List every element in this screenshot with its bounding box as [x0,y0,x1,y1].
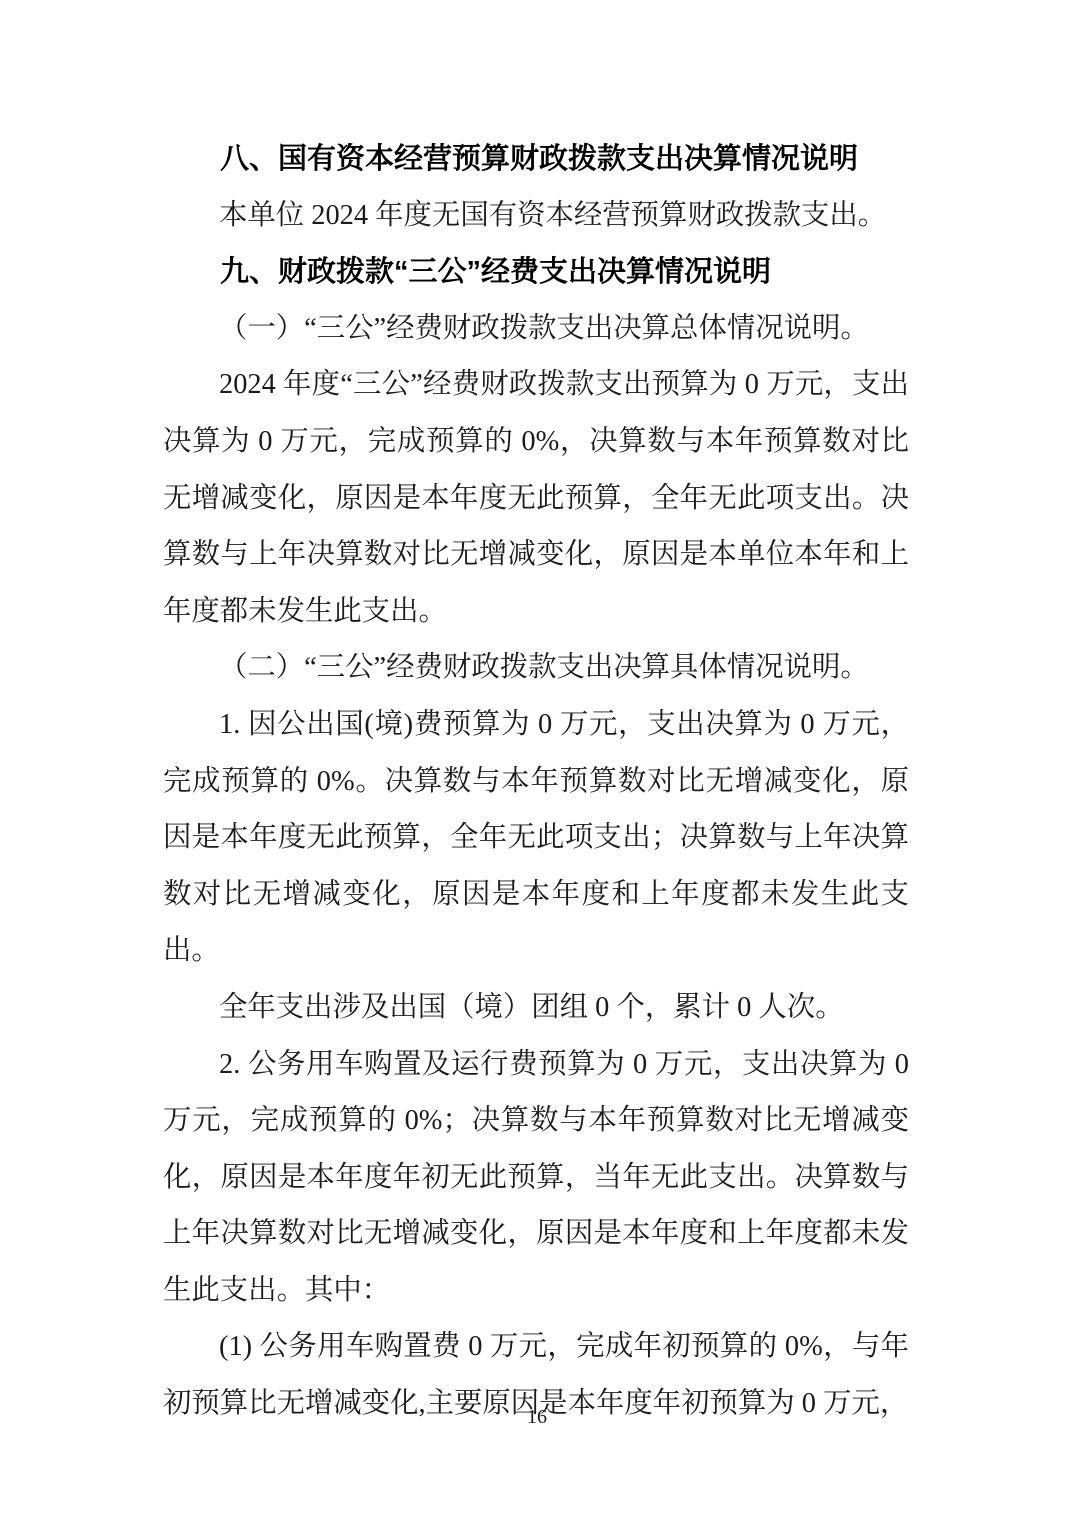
para-section-9-item-2-vehicles: 2. 公务用车购置及运行费预算为 0 万元，支出决算为 0 万元，完成预算的 0… [163,1037,909,1320]
heading-section-8: 八、国有资本经营预算财政拨款支出决算情况说明 [163,131,909,188]
document-page: 八、国有资本经营预算财政拨款支出决算情况说明本单位 2024 年度无国有资本经营… [0,0,1074,1520]
document-content: 八、国有资本经营预算财政拨款支出决算情况说明本单位 2024 年度无国有资本经营… [163,131,909,1433]
para-section-9-part-1-title: （一）“三公”经费财政拨款支出决算总体情况说明。 [163,301,909,358]
para-section-9-item-1-abroad: 1. 因公出国(境)费预算为 0 万元，支出决算为 0 万元，完成预算的 0%。… [163,697,909,980]
para-section-9-item-1-groups: 全年支出涉及出国（境）团组 0 个，累计 0 人次。 [163,980,909,1037]
heading-section-9: 九、财政拨款“三公”经费支出决算情况说明 [163,244,909,301]
para-section-8-statement: 本单位 2024 年度无国有资本经营预算财政拨款支出。 [163,188,909,245]
para-section-9-part-2-title: （二）“三公”经费财政拨款支出决算具体情况说明。 [163,640,909,697]
para-section-9-part-1-body: 2024 年度“三公”经费财政拨款支出预算为 0 万元，支出决算为 0 万元，完… [163,357,909,640]
page-number: 16 [0,1405,1074,1429]
